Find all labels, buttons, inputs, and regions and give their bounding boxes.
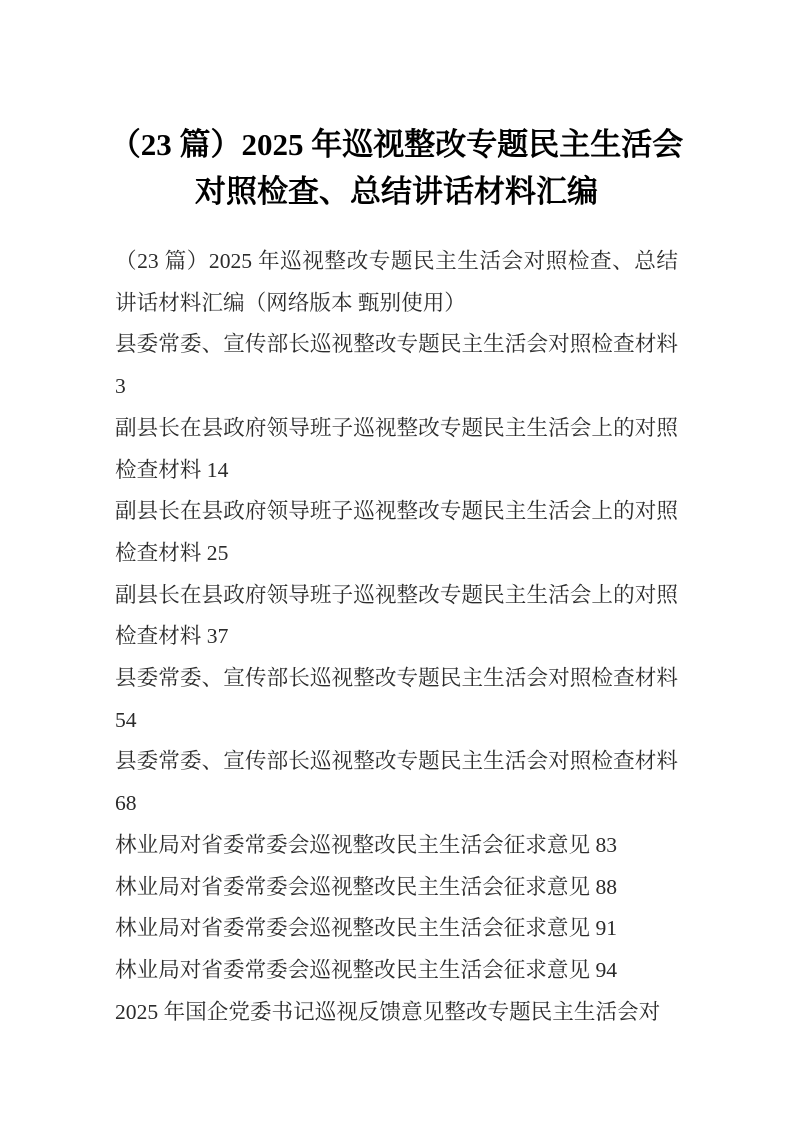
toc-entry-label: 副县长在县政府领导班子巡视整改专题民主生活会上的对照检查材料 <box>115 583 678 649</box>
toc-entry-label: 林业局对省委常委会巡视整改民主生活会征求意见 <box>115 833 590 857</box>
toc-entry-page: 25 <box>201 541 228 565</box>
toc-entry: 2025 年国企党委书记巡视反馈意见整改专题民主生活会对 <box>115 992 678 1034</box>
toc-entry: 林业局对省委常委会巡视整改民主生活会征求意见 88 <box>115 867 678 909</box>
toc-entry: 林业局对省委常委会巡视整改民主生活会征求意见 83 <box>115 825 678 867</box>
toc-entry-label: 县委常委、宣传部长巡视整改专题民主生活会对照检查材料 <box>115 332 678 356</box>
toc-entry-page: 14 <box>201 458 228 482</box>
toc-entry-page: 54 <box>115 708 137 732</box>
toc-entry: 林业局对省委常委会巡视整改民主生活会征求意见 94 <box>115 950 678 992</box>
toc-entry: 副县长在县政府领导班子巡视整改专题民主生活会上的对照检查材料 37 <box>115 575 678 658</box>
toc-entry-page: 83 <box>590 833 617 857</box>
toc-entry-label: （23 篇）2025 年巡视整改专题民主生活会对照检查、总结讲话材料汇编（网络版… <box>115 249 678 315</box>
document-title-line2: 对照检查、总结讲话材料汇编 <box>105 168 689 215</box>
toc-entry: 县委常委、宣传部长巡视整改专题民主生活会对照检查材料 3 <box>115 324 678 407</box>
toc-entry: 副县长在县政府领导班子巡视整改专题民主生活会上的对照检查材料 14 <box>115 408 678 491</box>
document-title: （23 篇）2025 年巡视整改专题民主生活会 对照检查、总结讲话材料汇编 <box>105 0 689 215</box>
toc-entry-label: 林业局对省委常委会巡视整改民主生活会征求意见 <box>115 875 590 899</box>
toc-entry-label: 林业局对省委常委会巡视整改民主生活会征求意见 <box>115 958 590 982</box>
toc-entry: 县委常委、宣传部长巡视整改专题民主生活会对照检查材料 54 <box>115 658 678 741</box>
toc-entry-page: 94 <box>590 958 617 982</box>
toc-entry: 县委常委、宣传部长巡视整改专题民主生活会对照检查材料 68 <box>115 741 678 824</box>
toc-entry-label: 县委常委、宣传部长巡视整改专题民主生活会对照检查材料 <box>115 749 678 773</box>
toc-entry-page: 37 <box>201 624 228 648</box>
toc-entry-label: 林业局对省委常委会巡视整改民主生活会征求意见 <box>115 916 590 940</box>
toc-entry-page: 88 <box>590 875 617 899</box>
toc-entry-page: 68 <box>115 791 137 815</box>
toc-entry: 林业局对省委常委会巡视整改民主生活会征求意见 91 <box>115 908 678 950</box>
toc-list: （23 篇）2025 年巡视整改专题民主生活会对照检查、总结讲话材料汇编（网络版… <box>115 241 678 1033</box>
toc-entry-label: 副县长在县政府领导班子巡视整改专题民主生活会上的对照检查材料 <box>115 416 678 482</box>
toc-entry: 副县长在县政府领导班子巡视整改专题民主生活会上的对照检查材料 25 <box>115 491 678 574</box>
toc-entry-label: 副县长在县政府领导班子巡视整改专题民主生活会上的对照检查材料 <box>115 499 678 565</box>
toc-entry: （23 篇）2025 年巡视整改专题民主生活会对照检查、总结讲话材料汇编（网络版… <box>115 241 678 324</box>
document-page: （23 篇）2025 年巡视整改专题民主生活会 对照检查、总结讲话材料汇编 （2… <box>0 0 793 1122</box>
toc-entry-page: 3 <box>115 374 126 398</box>
toc-entry-label: 2025 年国企党委书记巡视反馈意见整改专题民主生活会对 <box>115 1000 660 1024</box>
toc-entry-label: 县委常委、宣传部长巡视整改专题民主生活会对照检查材料 <box>115 666 678 690</box>
document-title-line1: （23 篇）2025 年巡视整改专题民主生活会 <box>105 121 689 168</box>
toc-entry-page: 91 <box>590 916 617 940</box>
